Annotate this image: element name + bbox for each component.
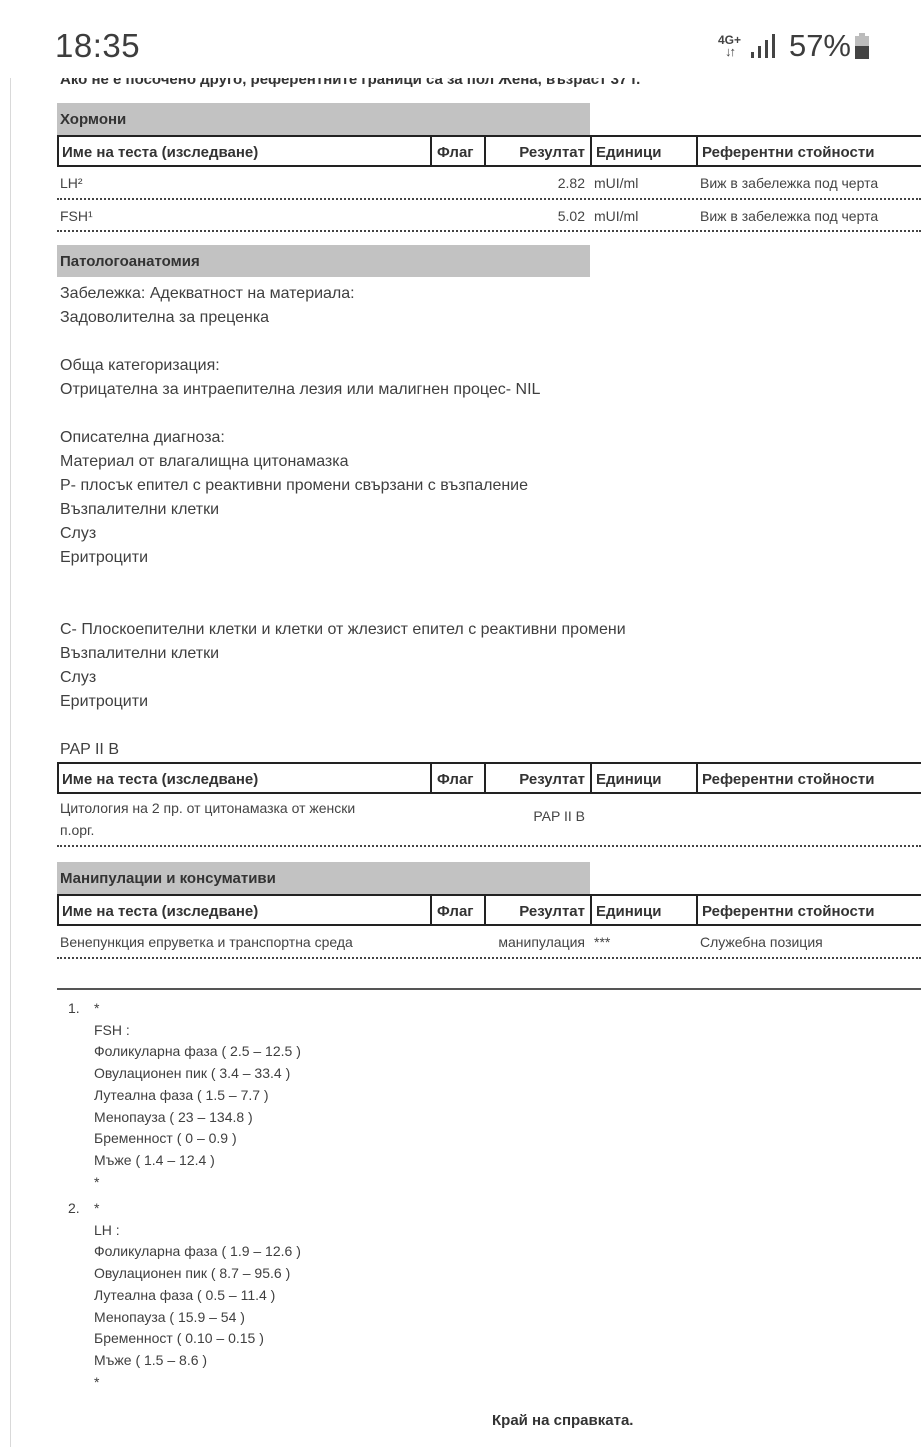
page-edge-divider <box>10 78 11 1447</box>
data-arrows-icon: ↓↑ <box>725 46 734 58</box>
col-name: Име на теста (изследване) <box>59 137 432 165</box>
section-header-pathology: Патологоанатомия <box>57 245 590 277</box>
network-type-icon: 4G+ ↓↑ <box>718 34 741 58</box>
clock: 18:35 <box>55 27 140 65</box>
table-header: Име на теста (изследване) Флаг Резултат … <box>57 762 921 794</box>
footnote-lh: 2. * LH : Фоликуларна фаза ( 1.9 – 12.6 … <box>68 1198 301 1393</box>
col-reference: Референтни стойности <box>698 137 921 165</box>
table-header: Име на теста (изследване) Флаг Резултат … <box>57 894 921 926</box>
section-header-manipulations: Манипулации и консумативи <box>57 862 590 894</box>
pathology-report-text: Забележка: Адекватност на материала: Зад… <box>60 282 626 762</box>
end-of-report: Край на справката. <box>492 1412 633 1429</box>
table-row: LH² 2.82 mUI/ml Виж в забележка под черт… <box>57 167 921 200</box>
battery-percent: 57% <box>789 28 851 64</box>
section-header-hormones: Хормони <box>57 103 590 135</box>
battery-icon <box>855 33 869 59</box>
table-header: Име на теста (изследване) Флаг Резултат … <box>57 135 921 167</box>
table-row: Венепункция епруветка и транспортна сред… <box>57 926 921 959</box>
col-units: Единици <box>592 137 698 165</box>
col-flag: Флаг <box>432 137 486 165</box>
footnote-fsh: 1. * FSH : Фоликуларна фаза ( 2.5 – 12.5… <box>68 998 301 1193</box>
table-row: FSH¹ 5.02 mUI/ml Виж в забележка под чер… <box>57 200 921 232</box>
table-row: Цитология на 2 пр. от цитонамазка от жен… <box>57 794 921 847</box>
status-bar: 18:35 4G+ ↓↑ 57% <box>0 0 921 78</box>
signal-bars-icon <box>751 34 779 58</box>
col-result: Резултат <box>486 137 592 165</box>
footnote-divider <box>57 988 921 990</box>
